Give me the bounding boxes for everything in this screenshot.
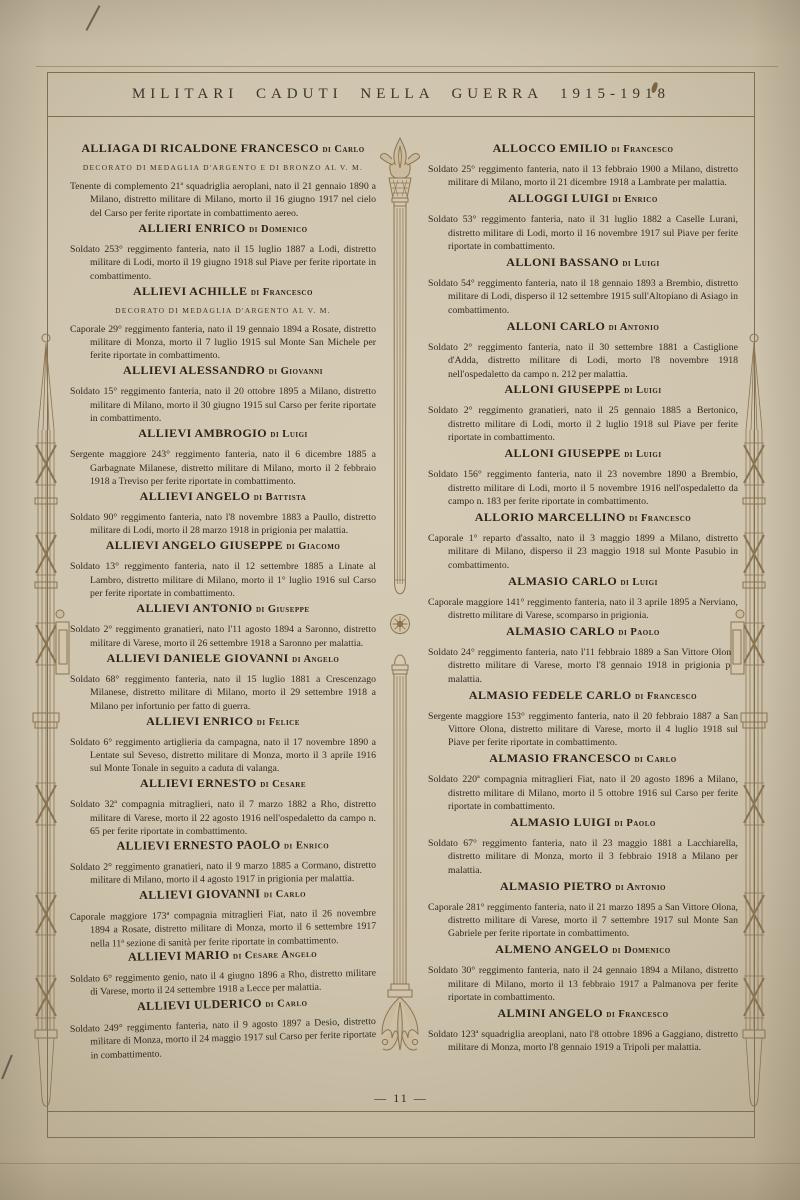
casualty-entry: ALLIAGA DI RICALDONE FRANCESCO di Carlo …: [70, 141, 376, 220]
entry-surname-name: ALLIEVI ENRICO: [146, 714, 253, 728]
entry-surname-name: ALLONI BASSANO: [506, 255, 619, 269]
entry-surname-name: ALLIAGA DI RICALDONE FRANCESCO: [81, 141, 319, 155]
entry-name-heading: ALMASIO PIETRO di Antonio: [428, 879, 738, 895]
entry-surname-name: ALLIEVI ACHILLE: [133, 284, 247, 298]
entry-father-name: di Francesco: [635, 691, 697, 702]
entry-body-text: Caporale 1° reparto d'assalto, nato il 3…: [448, 532, 738, 572]
entry-body-text: Sergente maggiore 243° reggimento fanter…: [90, 448, 376, 488]
entry-surname-name: ALLIEVI DANIELE GIOVANNI: [107, 651, 289, 665]
entry-surname-name: ALLIEVI ANGELO: [140, 489, 251, 503]
entry-surname-name: ALLONI GIUSEPPE: [504, 382, 620, 396]
casualty-entry: ALMASIO CARLO di Paolo Soldato 24° reggi…: [428, 624, 738, 686]
entry-name-heading: ALLIEVI ANTONIO di Giuseppe: [70, 601, 376, 617]
entry-surname-name: ALLIEVI ERNESTO PAOLO: [117, 838, 281, 853]
casualty-entry: ALLIEVI ULDERICO di Carlo Soldato 249° r…: [69, 993, 377, 1063]
casualty-entry: ALMASIO CARLO di Luigi Caporale maggiore…: [428, 574, 738, 623]
casualty-entry: ALLONI BASSANO di Luigi Soldato 54° regg…: [428, 255, 738, 317]
entry-father-name: di Luigi: [620, 577, 657, 588]
casualty-entry: ALLONI CARLO di Antonio Soldato 2° reggi…: [428, 319, 738, 381]
entry-father-name: di Francesco: [629, 513, 691, 524]
casualty-entry: ALLIEVI ACHILLE di Francesco DECORATO DI…: [70, 284, 376, 363]
entry-body-text: Soldato 24° reggimento fanteria, nato l'…: [448, 646, 738, 686]
entry-surname-name: ALMASIO LUIGI: [510, 815, 611, 829]
casualty-entry: ALLORIO MARCELLINO di Francesco Caporale…: [428, 510, 738, 572]
entry-body-text: Soldato 253° reggimento fanteria, nato i…: [90, 243, 376, 283]
entry-name-heading: ALLONI BASSANO di Luigi: [428, 255, 738, 271]
entry-father-name: di Enrico: [613, 194, 658, 205]
entry-body-text: Soldato 2° reggimento granatieri, nato i…: [90, 859, 376, 888]
entry-body-text: Soldato 249° reggimento fanteria, nato i…: [90, 1015, 377, 1063]
casualty-entry: ALLIEVI AMBROGIO di Luigi Sergente maggi…: [70, 426, 376, 488]
entry-father-name: di Domenico: [249, 224, 308, 235]
entry-name-heading: ALLIEVI ERNESTO di Cesare: [70, 776, 376, 792]
casualty-entry: ALLIEVI ANGELO di Battista Soldato 90° r…: [70, 489, 376, 538]
entry-body-text: Soldato 123ª squadriglia areoplani, nato…: [448, 1028, 738, 1055]
entry-surname-name: ALMENO ANGELO: [495, 942, 609, 956]
entry-father-name: di Cesare Angelo: [233, 949, 317, 962]
entry-name-heading: ALLONI GIUSEPPE di Luigi: [428, 446, 738, 462]
casualty-entry: ALLIEVI ERNESTO PAOLO di Enrico Soldato …: [70, 837, 376, 888]
entry-surname-name: ALMASIO CARLO: [508, 574, 617, 588]
casualty-entry: ALMENO ANGELO di Domenico Soldato 30° re…: [428, 942, 738, 1004]
entry-name-heading: ALLIEVI ACHILLE di Francesco: [70, 284, 376, 300]
entry-body-text: Soldato 54° reggimento fanteria, nato il…: [448, 277, 738, 317]
casualty-entry: ALMASIO LUIGI di Paolo Soldato 67° reggi…: [428, 815, 738, 877]
entry-name-heading: ALMASIO FEDELE CARLO di Francesco: [428, 688, 738, 704]
casualty-entry: ALLOCCO EMILIO di Francesco Soldato 25° …: [428, 141, 738, 190]
entry-name-heading: ALLIEVI ANGELO di Battista: [70, 489, 376, 505]
pencil-mark: [86, 5, 101, 31]
casualty-entry: ALMASIO FRANCESCO di Carlo Soldato 220ª …: [428, 751, 738, 813]
entry-body-text: Soldato 68° reggimento fanteria, nato il…: [90, 673, 376, 713]
right-column: ALLOCCO EMILIO di Francesco Soldato 25° …: [428, 141, 738, 1111]
entry-body-text: Caporale 281° reggimento fanteria, nato …: [448, 901, 738, 941]
entry-body-text: Caporale maggiore 141° reggimento fanter…: [448, 596, 738, 623]
entry-surname-name: ALLIERI ENRICO: [138, 221, 245, 235]
entry-name-heading: ALMENO ANGELO di Domenico: [428, 942, 738, 958]
entry-surname-name: ALMASIO PIETRO: [500, 879, 612, 893]
column-divider-gap: [376, 141, 428, 1111]
entry-name-heading: ALLIAGA DI RICALDONE FRANCESCO di Carlo: [70, 141, 376, 157]
entry-father-name: di Antonio: [609, 322, 660, 333]
casualty-entry: ALMASIO PIETRO di Antonio Caporale 281° …: [428, 879, 738, 941]
casualty-entry: ALLOGGI LUIGI di Enrico Soldato 53° regg…: [428, 191, 738, 253]
pencil-mark: [1, 1055, 13, 1080]
entry-father-name: di Giacomo: [286, 541, 340, 552]
entry-body-text: Soldato 53° reggimento fanteria, nato il…: [448, 213, 738, 253]
page-title: MILITARI CADUTI NELLA GUERRA 1915-1918: [132, 86, 670, 103]
casualty-entry: ALLONI GIUSEPPE di Luigi Soldato 2° regg…: [428, 382, 738, 444]
casualty-entry: ALMINI ANGELO di Francesco Soldato 123ª …: [428, 1006, 738, 1055]
casualty-entry: ALLIERI ENRICO di Domenico Soldato 253° …: [70, 221, 376, 283]
entry-name-heading: ALLIEVI ERNESTO PAOLO di Enrico: [70, 837, 376, 855]
entry-father-name: di Battista: [254, 492, 307, 503]
entry-name-heading: ALLONI GIUSEPPE di Luigi: [428, 382, 738, 398]
casualty-entry: ALLIEVI ALESSANDRO di Giovanni Soldato 1…: [70, 363, 376, 425]
casualty-entry: ALLIEVI ANGELO GIUSEPPE di Giacomo Solda…: [70, 538, 376, 600]
entry-body-text: Caporale maggiore 173ª compagnia mitragl…: [90, 906, 377, 950]
entry-father-name: di Giovanni: [269, 366, 323, 377]
scanned-memorial-page: MILITARI CADUTI NELLA GUERRA 1915-1918 A…: [0, 0, 800, 1200]
entry-body-text: Tenente di complemento 21ª squadriglia a…: [90, 180, 376, 220]
entry-surname-name: ALLORIO MARCELLINO: [475, 510, 626, 524]
entry-body-text: Soldato 15° reggimento fanteria, nato il…: [90, 385, 376, 425]
entry-father-name: di Enrico: [284, 840, 329, 851]
entry-name-heading: ALMASIO CARLO di Luigi: [428, 574, 738, 590]
casualty-entry: ALLIEVI ANTONIO di Giuseppe Soldato 2° r…: [70, 601, 376, 650]
entry-name-heading: ALLIEVI DANIELE GIOVANNI di Angelo: [70, 651, 376, 667]
entry-father-name: di Giuseppe: [256, 604, 310, 615]
entry-name-heading: ALLIEVI ANGELO GIUSEPPE di Giacomo: [70, 538, 376, 554]
entry-surname-name: ALLIEVI ERNESTO: [140, 776, 257, 790]
entry-father-name: di Luigi: [624, 449, 661, 460]
entry-body-text: Soldato 13° reggimento fanteria, nato il…: [90, 560, 376, 600]
entry-body-text: Soldato 156° reggimento fanteria, nato i…: [448, 468, 738, 508]
entry-body-text: Soldato 220ª compagnia mitraglieri Fiat,…: [448, 773, 738, 813]
entry-name-heading: ALLORIO MARCELLINO di Francesco: [428, 510, 738, 526]
entry-name-heading: ALLIERI ENRICO di Domenico: [70, 221, 376, 237]
entry-name-heading: ALLIEVI ALESSANDRO di Giovanni: [70, 363, 376, 379]
page-edge-line-top: [36, 66, 778, 67]
page-content: ALLIAGA DI RICALDONE FRANCESCO di Carlo …: [48, 117, 754, 1111]
entry-surname-name: ALLIEVI ULDERICO: [137, 996, 262, 1013]
entry-body-text: Soldato 90° reggimento fanteria, nato l'…: [90, 511, 376, 538]
header-band: MILITARI CADUTI NELLA GUERRA 1915-1918: [48, 73, 754, 117]
entry-surname-name: ALLIEVI MARIO: [128, 948, 230, 964]
entry-father-name: di Paolo: [614, 818, 655, 829]
entry-name-heading: ALLOGGI LUIGI di Enrico: [428, 191, 738, 207]
entry-surname-name: ALMINI ANGELO: [497, 1006, 603, 1020]
page-frame: MILITARI CADUTI NELLA GUERRA 1915-1918 A…: [47, 72, 755, 1138]
entry-father-name: di Paolo: [618, 627, 659, 638]
entry-father-name: di Felice: [257, 717, 300, 728]
entry-father-name: di Carlo: [264, 888, 306, 900]
entry-father-name: di Francesco: [611, 144, 673, 155]
entry-body-text: Soldato 2° reggimento fanteria, nato il …: [448, 341, 738, 381]
entry-father-name: di Luigi: [622, 258, 659, 269]
entry-name-heading: ALLIEVI ENRICO di Felice: [70, 714, 376, 730]
entry-father-name: di Carlo: [322, 144, 364, 155]
entry-father-name: di Angelo: [292, 654, 339, 665]
entry-surname-name: ALLIEVI ALESSANDRO: [123, 363, 265, 377]
entry-surname-name: ALLONI GIUSEPPE: [504, 446, 620, 460]
entry-name-heading: ALMASIO FRANCESCO di Carlo: [428, 751, 738, 767]
entry-father-name: di Carlo: [635, 754, 677, 765]
entry-surname-name: ALMASIO FEDELE CARLO: [469, 688, 632, 702]
casualty-entry: ALLIEVI ENRICO di Felice Soldato 6° regg…: [70, 714, 376, 776]
entry-body-text: Soldato 6° reggimento artiglieria da cam…: [90, 736, 376, 776]
entry-father-name: di Domenico: [612, 945, 671, 956]
entry-decoration: DECORATO DI MEDAGLIA D'ARGENTO E DI BRON…: [70, 163, 376, 173]
entry-surname-name: ALLIEVI GIOVANNI: [139, 886, 260, 902]
entry-body-text: Caporale 29° reggimento fanteria, nato i…: [90, 323, 376, 363]
entry-father-name: di Luigi: [624, 385, 661, 396]
casualty-entry: ALLIEVI DANIELE GIOVANNI di Angelo Solda…: [70, 651, 376, 713]
entry-surname-name: ALLIEVI ANGELO GIUSEPPE: [106, 538, 283, 552]
entry-body-text: Soldato 67° reggimento fanteria, nato il…: [448, 837, 738, 877]
footer-band: [48, 1111, 754, 1137]
entry-father-name: di Cesare: [260, 779, 306, 790]
entry-body-text: Soldato 2° reggimento granatieri, nato i…: [448, 404, 738, 444]
casualty-entry: ALLIEVI ERNESTO di Cesare Soldato 32ª co…: [70, 776, 376, 838]
entry-name-heading: ALMASIO CARLO di Paolo: [428, 624, 738, 640]
entry-surname-name: ALLIEVI AMBROGIO: [138, 426, 267, 440]
entry-body-text: Soldato 25° reggimento fanteria, nato il…: [448, 163, 738, 190]
casualty-entry: ALLONI GIUSEPPE di Luigi Soldato 156° re…: [428, 446, 738, 508]
entry-surname-name: ALMASIO FRANCESCO: [489, 751, 631, 765]
entry-decoration: DECORATO DI MEDAGLIA D'ARGENTO AL V. M.: [70, 306, 376, 316]
entry-surname-name: ALMASIO CARLO: [506, 624, 615, 638]
entry-body-text: Sergente maggiore 153° reggimento fanter…: [448, 710, 738, 750]
entry-father-name: di Francesco: [606, 1009, 668, 1020]
entry-father-name: di Carlo: [265, 998, 307, 1010]
entry-father-name: di Francesco: [251, 287, 313, 298]
page-edge-line-bottom: [0, 1163, 800, 1164]
entry-surname-name: ALLOCCO EMILIO: [493, 141, 608, 155]
page-number: — 11 —: [48, 1091, 754, 1106]
entry-body-text: Soldato 30° reggimento fanteria, nato il…: [448, 964, 738, 1004]
left-column: ALLIAGA DI RICALDONE FRANCESCO di Carlo …: [70, 141, 376, 1111]
entry-body-text: Soldato 2° reggimento granatieri, nato l…: [90, 623, 376, 650]
entry-name-heading: ALLIEVI AMBROGIO di Luigi: [70, 426, 376, 442]
casualty-entry: ALMASIO FEDELE CARLO di Francesco Sergen…: [428, 688, 738, 750]
entry-name-heading: ALLOCCO EMILIO di Francesco: [428, 141, 738, 157]
entry-name-heading: ALLONI CARLO di Antonio: [428, 319, 738, 335]
entry-surname-name: ALLONI CARLO: [507, 319, 605, 333]
entry-name-heading: ALMASIO LUIGI di Paolo: [428, 815, 738, 831]
entry-body-text: Soldato 32ª compagnia mitraglieri, nato …: [90, 798, 376, 838]
entry-surname-name: ALLOGGI LUIGI: [508, 191, 609, 205]
casualty-entry: ALLIEVI GIOVANNI di Carlo Caporale maggi…: [70, 884, 377, 950]
entry-surname-name: ALLIEVI ANTONIO: [136, 601, 252, 615]
entry-father-name: di Luigi: [270, 429, 307, 440]
entry-father-name: di Antonio: [615, 882, 666, 893]
casualty-entry: ALLIEVI MARIO di Cesare Angelo Soldato 6…: [69, 945, 376, 1000]
entry-name-heading: ALMINI ANGELO di Francesco: [428, 1006, 738, 1022]
